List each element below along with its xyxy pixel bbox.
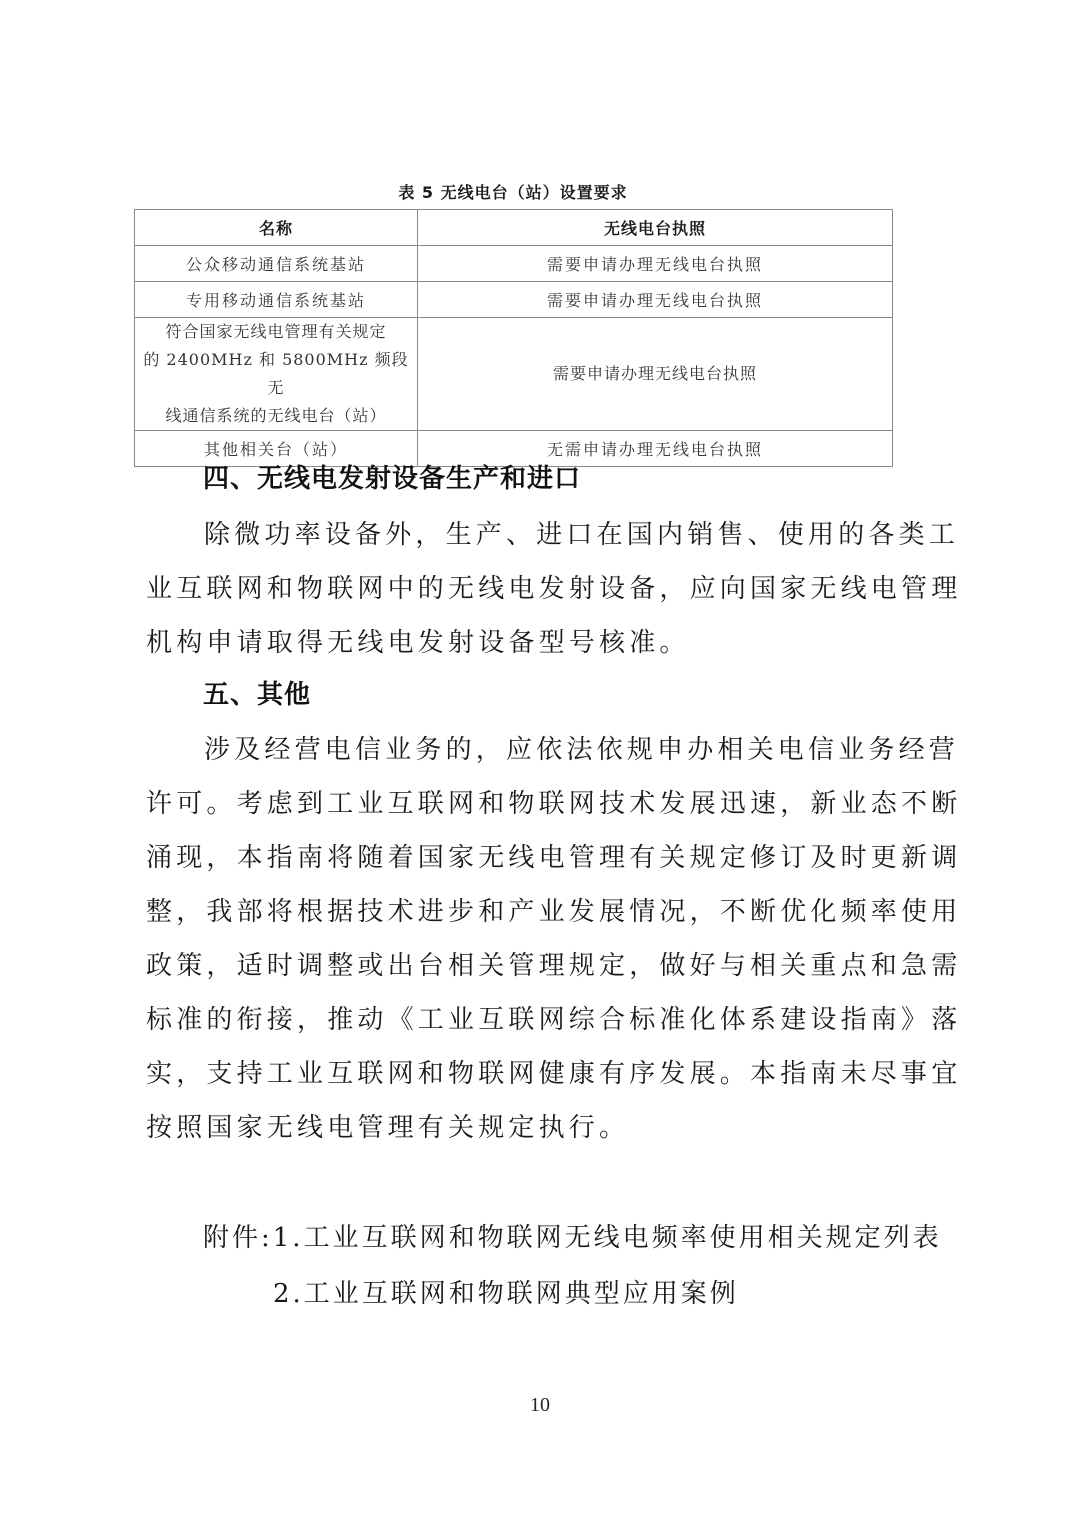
section-5-paragraph: 涉及经营电信业务的，应依法依规申办相关电信业务经营 许可。考虑到工业互联网和物联… — [146, 723, 936, 1155]
paragraph-line: 标准的衔接，推动《工业互联网综合标准化体系建设指南》落 — [146, 993, 936, 1047]
paragraph-line: 许可。考虑到工业互联网和物联网技术发展迅速，新业态不断 — [146, 777, 936, 831]
page-number: 10 — [0, 1394, 1080, 1417]
document-page: 表 5 无线电台（站）设置要求 名称 无线电台执照 公众移动通信系统基站 需要申… — [0, 0, 1080, 1527]
paragraph-line: 机构申请取得无线电发射设备型号核准。 — [146, 616, 936, 670]
section-heading-4: 四、无线电发射设备生产和进口 — [203, 458, 581, 495]
paragraph-line: 实，支持工业互联网和物联网健康有序发展。本指南未尽事宜 — [146, 1047, 936, 1101]
cell-license: 需要申请办理无线电台执照 — [418, 318, 893, 431]
paragraph-line: 政策，适时调整或出台相关管理规定，做好与相关重点和急需 — [146, 939, 936, 993]
table-row: 公众移动通信系统基站 需要申请办理无线电台执照 — [135, 246, 893, 282]
attachment-title: 2.工业互联网和物联网典型应用案例 — [273, 1279, 739, 1309]
attachment-item: 附件:1.工业互联网和物联网无线电频率使用相关规定列表 — [203, 1210, 942, 1266]
station-requirements-table: 名称 无线电台执照 公众移动通信系统基站 需要申请办理无线电台执照 专用移动通信… — [134, 209, 893, 467]
cell-license: 需要申请办理无线电台执照 — [418, 246, 893, 282]
paragraph-line: 涌现，本指南将随着国家无线电管理有关规定修订及时更新调 — [146, 831, 936, 885]
column-header-name: 名称 — [135, 210, 418, 246]
attachment-item: 2.工业互联网和物联网典型应用案例 — [203, 1266, 942, 1322]
column-header-license: 无线电台执照 — [418, 210, 893, 246]
attachments-label: 附件: — [203, 1223, 273, 1253]
cell-name-line: 符合国家无线电管理有关规定 — [141, 318, 411, 346]
table-row: 专用移动通信系统基站 需要申请办理无线电台执照 — [135, 282, 893, 318]
cell-name: 符合国家无线电管理有关规定 的 2400MHz 和 5800MHz 频段无 线通… — [135, 318, 418, 431]
table-caption: 表 5 无线电台（站）设置要求 — [134, 180, 892, 203]
table-header-row: 名称 无线电台执照 — [135, 210, 893, 246]
paragraph-line: 涉及经营电信业务的，应依法依规申办相关电信业务经营 — [146, 723, 936, 777]
attachment-title: 1.工业互联网和物联网无线电频率使用相关规定列表 — [273, 1223, 942, 1253]
paragraph-line: 除微功率设备外，生产、进口在国内销售、使用的各类工 — [146, 508, 936, 562]
cell-name-line: 的 2400MHz 和 5800MHz 频段无 — [141, 346, 411, 402]
section-4-paragraph: 除微功率设备外，生产、进口在国内销售、使用的各类工 业互联网和物联网中的无线电发… — [146, 508, 936, 670]
section-heading-5: 五、其他 — [203, 674, 311, 711]
cell-license: 需要申请办理无线电台执照 — [418, 282, 893, 318]
paragraph-line: 按照国家无线电管理有关规定执行。 — [146, 1101, 936, 1155]
paragraph-line: 业互联网和物联网中的无线电发射设备，应向国家无线电管理 — [146, 562, 936, 616]
paragraph-line: 整，我部将根据技术进步和产业发展情况，不断优化频率使用 — [146, 885, 936, 939]
attachments-list: 附件:1.工业互联网和物联网无线电频率使用相关规定列表 2.工业互联网和物联网典… — [203, 1210, 942, 1322]
cell-name-line: 线通信系统的无线电台（站） — [141, 402, 411, 430]
table-row: 符合国家无线电管理有关规定 的 2400MHz 和 5800MHz 频段无 线通… — [135, 318, 893, 431]
cell-name: 专用移动通信系统基站 — [135, 282, 418, 318]
cell-name: 公众移动通信系统基站 — [135, 246, 418, 282]
